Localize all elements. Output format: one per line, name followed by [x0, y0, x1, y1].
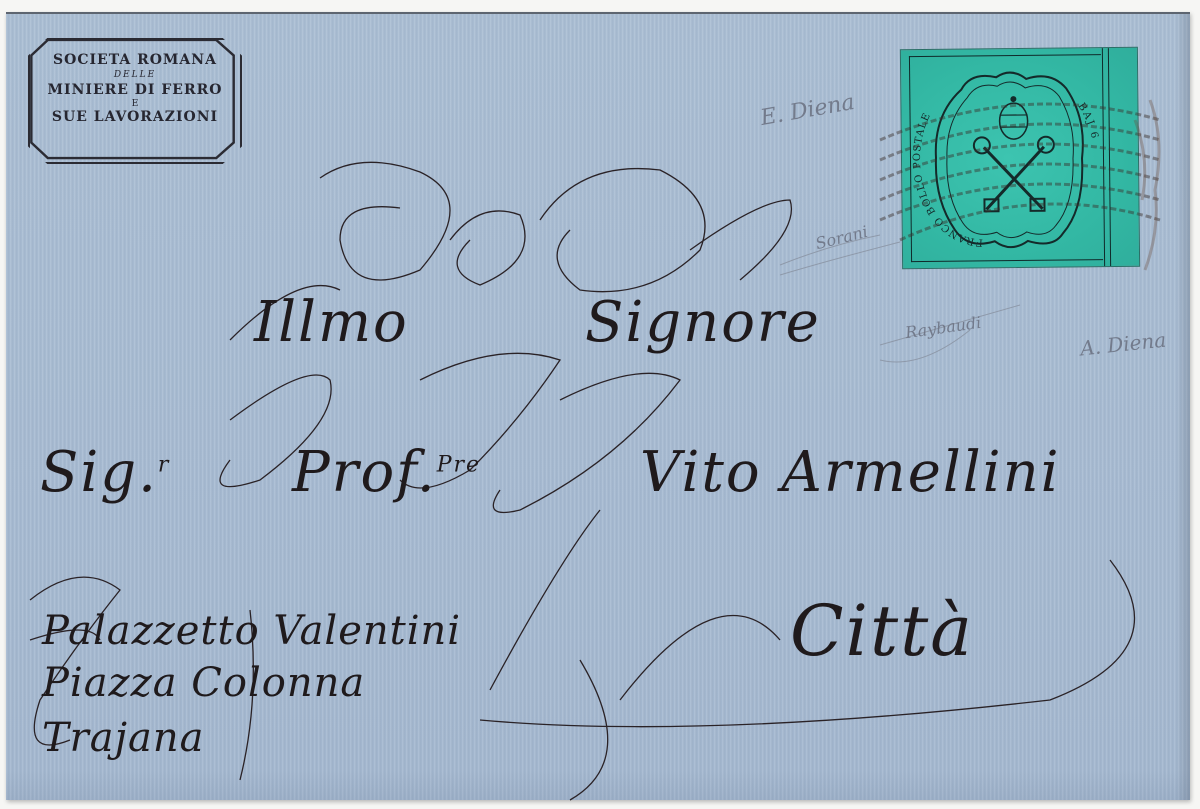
recipient-title-prof: Prof.Pre [292, 440, 481, 505]
recipient-title-sig: Sig.r [40, 440, 170, 505]
sender-address-line-1: Palazzetto Valentini [42, 608, 461, 654]
prof-superscript: Pre [437, 452, 481, 477]
sig-label: Sig. [40, 440, 158, 505]
cachet-border [28, 38, 238, 160]
sender-address-line-2: Piazza Colonna [42, 660, 365, 706]
sig-superscript: r [158, 452, 171, 477]
salutation-illmo: Illmo [254, 290, 409, 355]
grid-cancellation [860, 60, 1180, 300]
sender-address-line-3: Trajana [42, 715, 205, 761]
salutation-signore: Signore [585, 290, 821, 355]
recipient-name: Vito Armellini [640, 440, 1061, 505]
destination-city: Città [790, 590, 974, 672]
prof-label: Prof. [292, 440, 437, 505]
